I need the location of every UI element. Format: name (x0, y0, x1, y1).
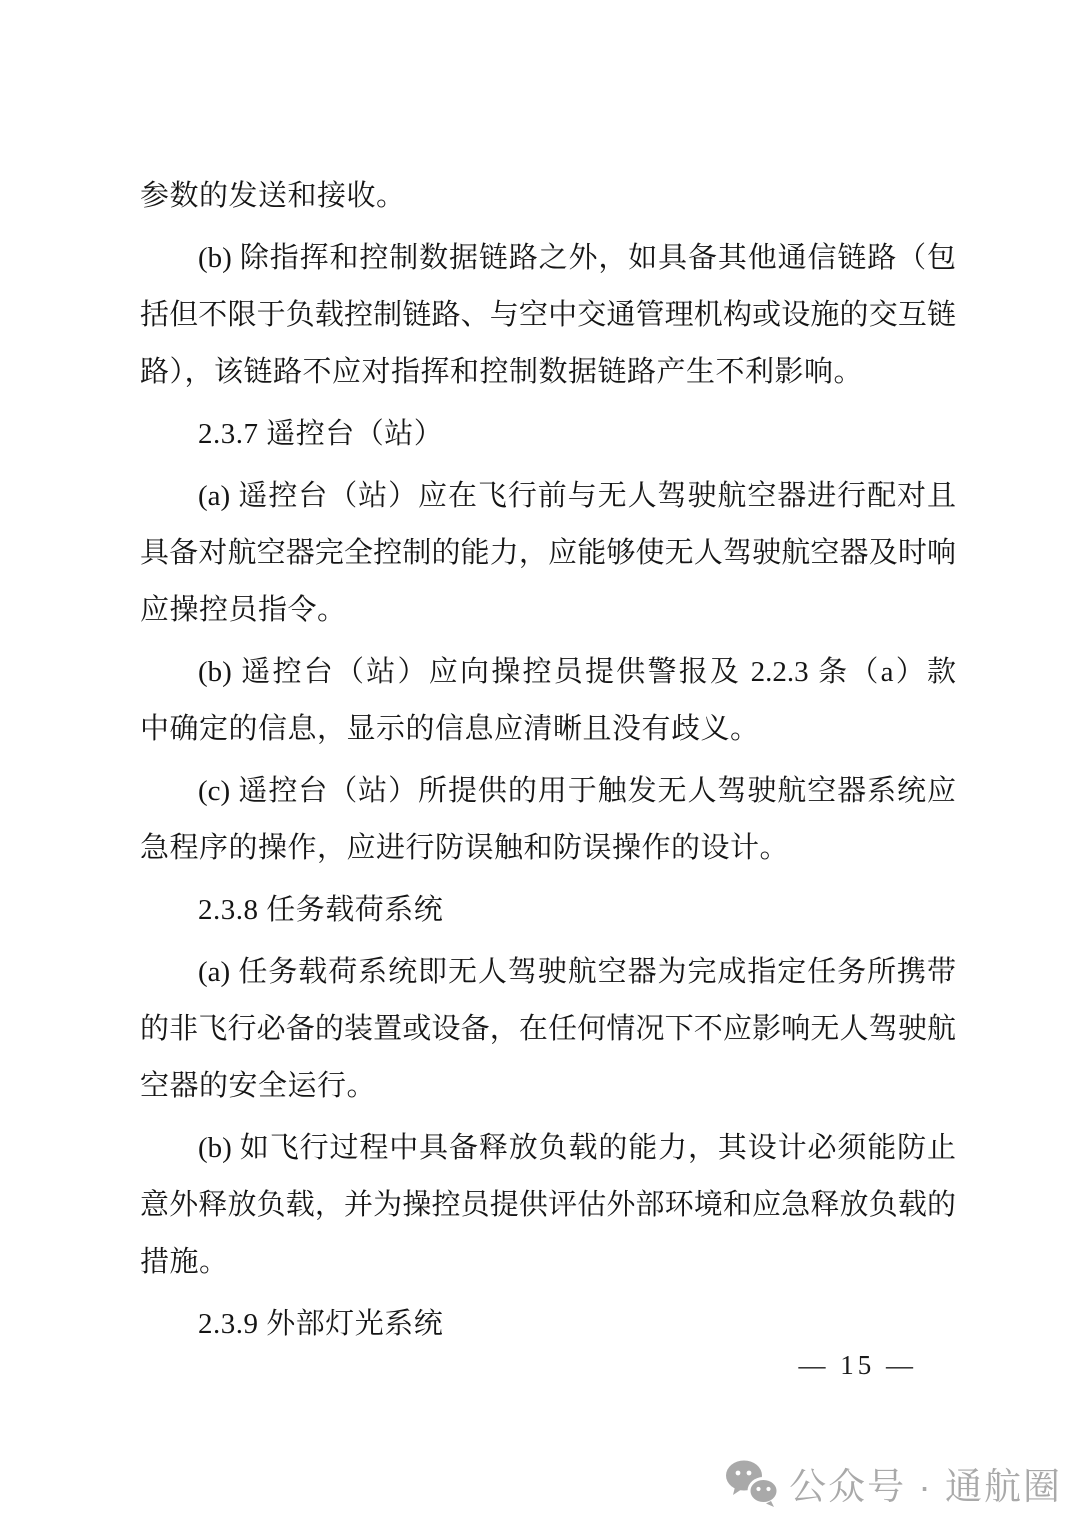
paragraph-c-remote-station: (c) 遥控台（站）所提供的用于触发无人驾驶航空器系统应急程序的操作，应进行防误… (140, 763, 956, 877)
text-line: (c) 遥控台（站）所提供的用于触发无人驾驶航空器系统应 (140, 763, 956, 820)
text-line: 参数的发送和接收。 (140, 168, 956, 225)
text-line: 措施。 (140, 1234, 956, 1291)
text-line: 具备对航空器完全控制的能力，应能够使无人驾驶航空器及时响 (140, 525, 956, 582)
document-body: 参数的发送和接收。(b) 除指挥和控制数据链路之外，如具备其他通信链路（包括但不… (140, 168, 956, 1353)
heading-2-3-8: 2.3.8 任务载荷系统 (140, 882, 956, 939)
text-line: 意外释放负载，并为操控员提供评估外部环境和应急释放负载的 (140, 1177, 956, 1234)
text-line: 2.3.9 外部灯光系统 (140, 1296, 956, 1353)
paragraph-b-remote-station: (b) 遥控台（站）应向操控员提供警报及 2.2.3 条（a）款中确定的信息，显… (140, 644, 956, 758)
text-line: 路），该链路不应对指挥和控制数据链路产生不利影响。 (140, 344, 956, 401)
paragraph-b-other-links: (b) 除指挥和控制数据链路之外，如具备其他通信链路（包括但不限于负载控制链路、… (140, 230, 956, 401)
text-line: 急程序的操作，应进行防误触和防误操作的设计。 (140, 820, 956, 877)
page-number: — 15 — (799, 1350, 918, 1381)
heading-2-3-7: 2.3.7 遥控台（站） (140, 406, 956, 463)
watermark-text: 公众号 · 通航圈 (789, 1456, 1062, 1510)
text-line: 应操控员指令。 (140, 582, 956, 639)
wechat-icon (725, 1459, 779, 1507)
text-line: 的非飞行必备的装置或设备，在任何情况下不应影响无人驾驶航 (140, 1001, 956, 1058)
text-line: (b) 如飞行过程中具备释放负载的能力，其设计必须能防止 (140, 1120, 956, 1177)
text-line: (b) 遥控台（站）应向操控员提供警报及 2.2.3 条（a）款 (140, 644, 956, 701)
text-line: (a) 遥控台（站）应在飞行前与无人驾驶航空器进行配对且 (140, 468, 956, 525)
paragraph-b-payload: (b) 如飞行过程中具备释放负载的能力，其设计必须能防止意外释放负载，并为操控员… (140, 1120, 956, 1291)
watermark: 公众号 · 通航圈 (725, 1456, 1062, 1510)
text-line: 中确定的信息，显示的信息应清晰且没有歧义。 (140, 701, 956, 758)
text-line: 2.3.7 遥控台（站） (140, 406, 956, 463)
heading-2-3-9: 2.3.9 外部灯光系统 (140, 1296, 956, 1353)
text-line: 2.3.8 任务载荷系统 (140, 882, 956, 939)
text-line: 括但不限于负载控制链路、与空中交通管理机构或设施的交互链 (140, 287, 956, 344)
text-line: (b) 除指挥和控制数据链路之外，如具备其他通信链路（包 (140, 230, 956, 287)
paragraph-continuation: 参数的发送和接收。 (140, 168, 956, 225)
text-line: (a) 任务载荷系统即无人驾驶航空器为完成指定任务所携带 (140, 944, 956, 1001)
text-line: 空器的安全运行。 (140, 1058, 956, 1115)
paragraph-a-payload: (a) 任务载荷系统即无人驾驶航空器为完成指定任务所携带的非飞行必备的装置或设备… (140, 944, 956, 1115)
paragraph-a-remote-station: (a) 遥控台（站）应在飞行前与无人驾驶航空器进行配对且具备对航空器完全控制的能… (140, 468, 956, 639)
